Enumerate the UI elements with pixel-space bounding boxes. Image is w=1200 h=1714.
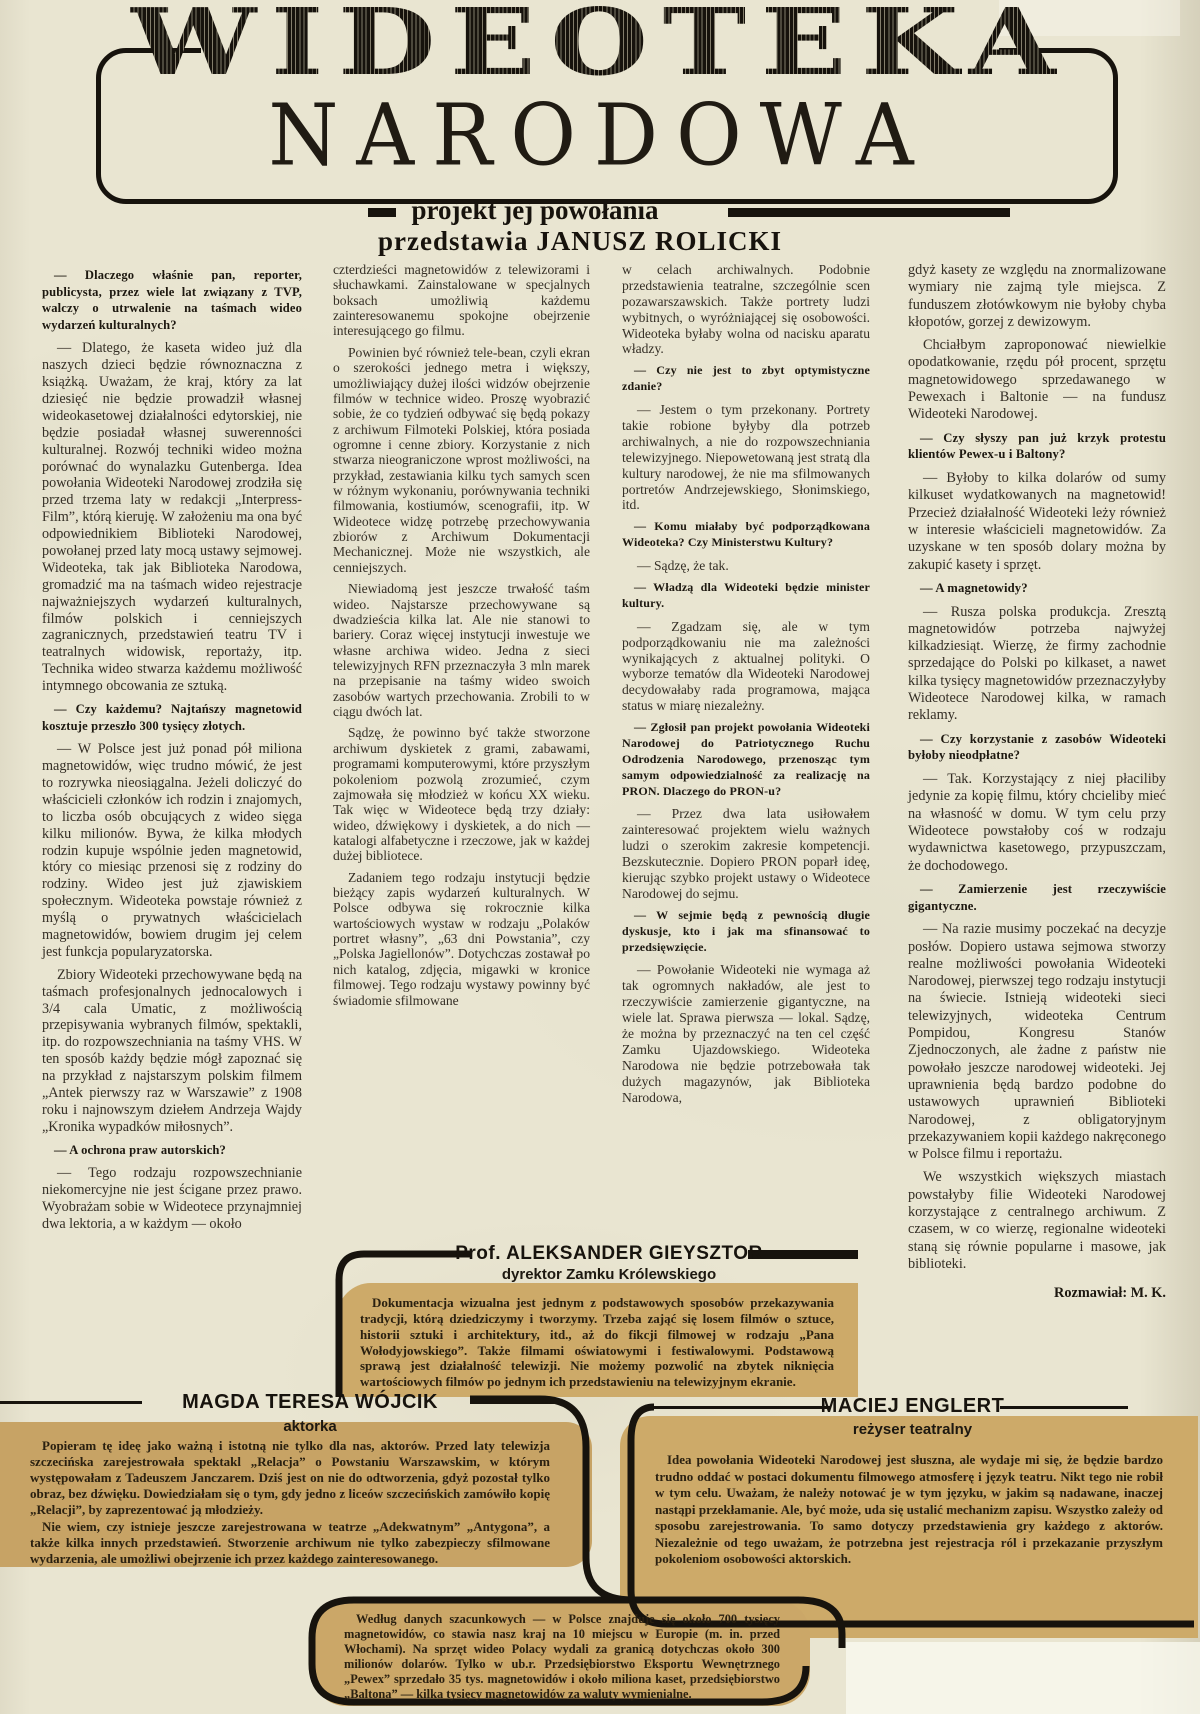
interview-question: — Czy każdemu? Najtańszy magnetowid kosz… (42, 701, 302, 734)
interview-question: — Czy słyszy pan już krzyk protestu klie… (908, 430, 1166, 463)
paper-light-patch (846, 1642, 1200, 1714)
interview-answer: — Przez dwa lata usiłowałem zainteresowa… (622, 806, 870, 901)
interview-question: — Czy nie jest to zbyt optymistyczne zda… (622, 363, 870, 395)
masthead: WIDEOTEKA (0, 0, 1200, 88)
insert-author-name: MACIEJ ENGLERT (740, 1396, 1085, 1416)
insert-quote: Idea powołania Wideoteki Narodowej jest … (655, 1452, 1163, 1568)
interviewer-signoff: Rozmawiał: M. K. (908, 1285, 1166, 1302)
interview-answer: — W Polsce jest już ponad pół miliona ma… (42, 741, 302, 961)
masthead-title-backplate: WIDEOTEKA (201, 0, 1000, 88)
insert-quote-paragraph: Dokumentacja wizualna jest jednym z pods… (360, 1295, 834, 1390)
statistics-note: Według danych szacunkowych — w Polsce zn… (344, 1612, 780, 1702)
interview-answer: — Byłoby to kilka dolarów od sumy kilkus… (908, 470, 1166, 574)
subtitle-rule-right (728, 208, 1010, 217)
interview-answer: — Tego rodzaju rozpowszechnianie niekome… (42, 1165, 302, 1233)
interview-answer: — Zgadzam się, ale w tym podporządkowani… (622, 619, 870, 714)
interview-answer: — Na razie musimy poczekać na decyzje po… (908, 921, 1166, 1163)
interview-question: — Komu miałaby być podporządkowana Wideo… (622, 519, 870, 551)
interview-question: — A ochrona praw autorskich? (42, 1142, 302, 1159)
article-paragraph: gdyż kasety ze względu na znormalizowane… (908, 262, 1166, 331)
insert-quote-paragraph: Idea powołania Wideoteki Narodowej jest … (655, 1452, 1163, 1568)
insert-author-role: aktorka (150, 1419, 470, 1434)
insert-author-role: reżyser teatralny (740, 1422, 1085, 1437)
interview-question: — Czy korzystanie z zasobów Wideoteki by… (908, 731, 1166, 764)
interview-question: — Zamierzenie jest rzeczywiście gigantyc… (908, 881, 1166, 914)
article-column-2: czterdzieści magnetowidów z telewizorami… (333, 262, 590, 1014)
interview-question: — Dlaczego właśnie pan, reporter, public… (42, 267, 302, 333)
article-paragraph: Chciałbym zaproponować niewielkie opodat… (908, 337, 1166, 423)
subtitle: projekt jej powołania (350, 197, 720, 224)
interview-question: — A magnetowidy? (908, 580, 1166, 597)
interview-answer: — Powołanie Wideoteki nie wymaga aż tak … (622, 962, 870, 1105)
insert-quote-paragraph: Popieram tę ideę jako ważną i istotną ni… (30, 1438, 550, 1519)
article-paragraph: Zadaniem tego rodzaju instytucji będzie … (333, 870, 590, 1008)
interview-answer: — Sądzę, że tak. (622, 558, 870, 574)
interview-question: — Władzą dla Wideoteki będzie minister k… (622, 580, 870, 612)
article-paragraph: Zbiory Wideoteki przechowywane będą na t… (42, 967, 302, 1136)
article-paragraph: czterdzieści magnetowidów z telewizorami… (333, 262, 590, 339)
article-paragraph: Powinien być również tele-bean, czyli ek… (333, 345, 590, 575)
article-column-1: — Dlaczego właśnie pan, reporter, public… (42, 262, 302, 1239)
article-column-4: gdyż kasety ze względu na znormalizowane… (908, 262, 1166, 1308)
interview-question: — Zgłosił pan projekt powołania Wideotek… (622, 720, 870, 799)
insert-author-name: Prof. ALEKSANDER GIEYSZTOR (349, 1244, 869, 1263)
article-paragraph: Sądzę, że powinno być także stworzone ar… (333, 725, 590, 863)
interview-answer: — Dlatego, że kaseta wideo już dla naszy… (42, 340, 302, 695)
interview-question: — W sejmie będą z pewnością długie dysku… (622, 908, 870, 956)
interview-answer: — Jestem o tym przekonany. Portrety taki… (622, 402, 870, 513)
insert-quote: Dokumentacja wizualna jest jednym z pods… (360, 1295, 834, 1390)
article-paragraph: Niewiadomą jest jeszcze trwałość taśm wi… (333, 581, 590, 719)
insert-author-role: dyrektor Zamku Królewskiego (349, 1267, 869, 1282)
newspaper-page: WIDEOTEKA NARODOWA projekt jej powołania… (0, 0, 1200, 1714)
article-paragraph: We wszystkich większych miastach powstał… (908, 1169, 1166, 1273)
insert-author-name: MAGDA TERESA WÓJCIK (150, 1392, 470, 1412)
insert-quote-paragraph: Nie wiem, czy istnieje jeszcze zarejestr… (30, 1519, 550, 1567)
byline: przedstawia JANUSZ ROLICKI (300, 228, 860, 255)
article-paragraph: w celach archiwalnych. Podobnie przedsta… (622, 262, 870, 357)
article-column-3: w celach archiwalnych. Podobnie przedsta… (622, 262, 870, 1111)
interview-answer: — Tak. Korzystający z niej płaciliby jed… (908, 771, 1166, 875)
page-title-line2: NARODOWA (0, 94, 1200, 179)
interview-answer: — Rusza polska produkcja. Zresztą magnet… (908, 604, 1166, 725)
statistics-note-paragraph: Według danych szacunkowych — w Polsce zn… (344, 1612, 780, 1702)
insert-quote: Popieram tę ideę jako ważną i istotną ni… (30, 1438, 550, 1567)
page-title-line1: WIDEOTEKA (130, 0, 1070, 88)
